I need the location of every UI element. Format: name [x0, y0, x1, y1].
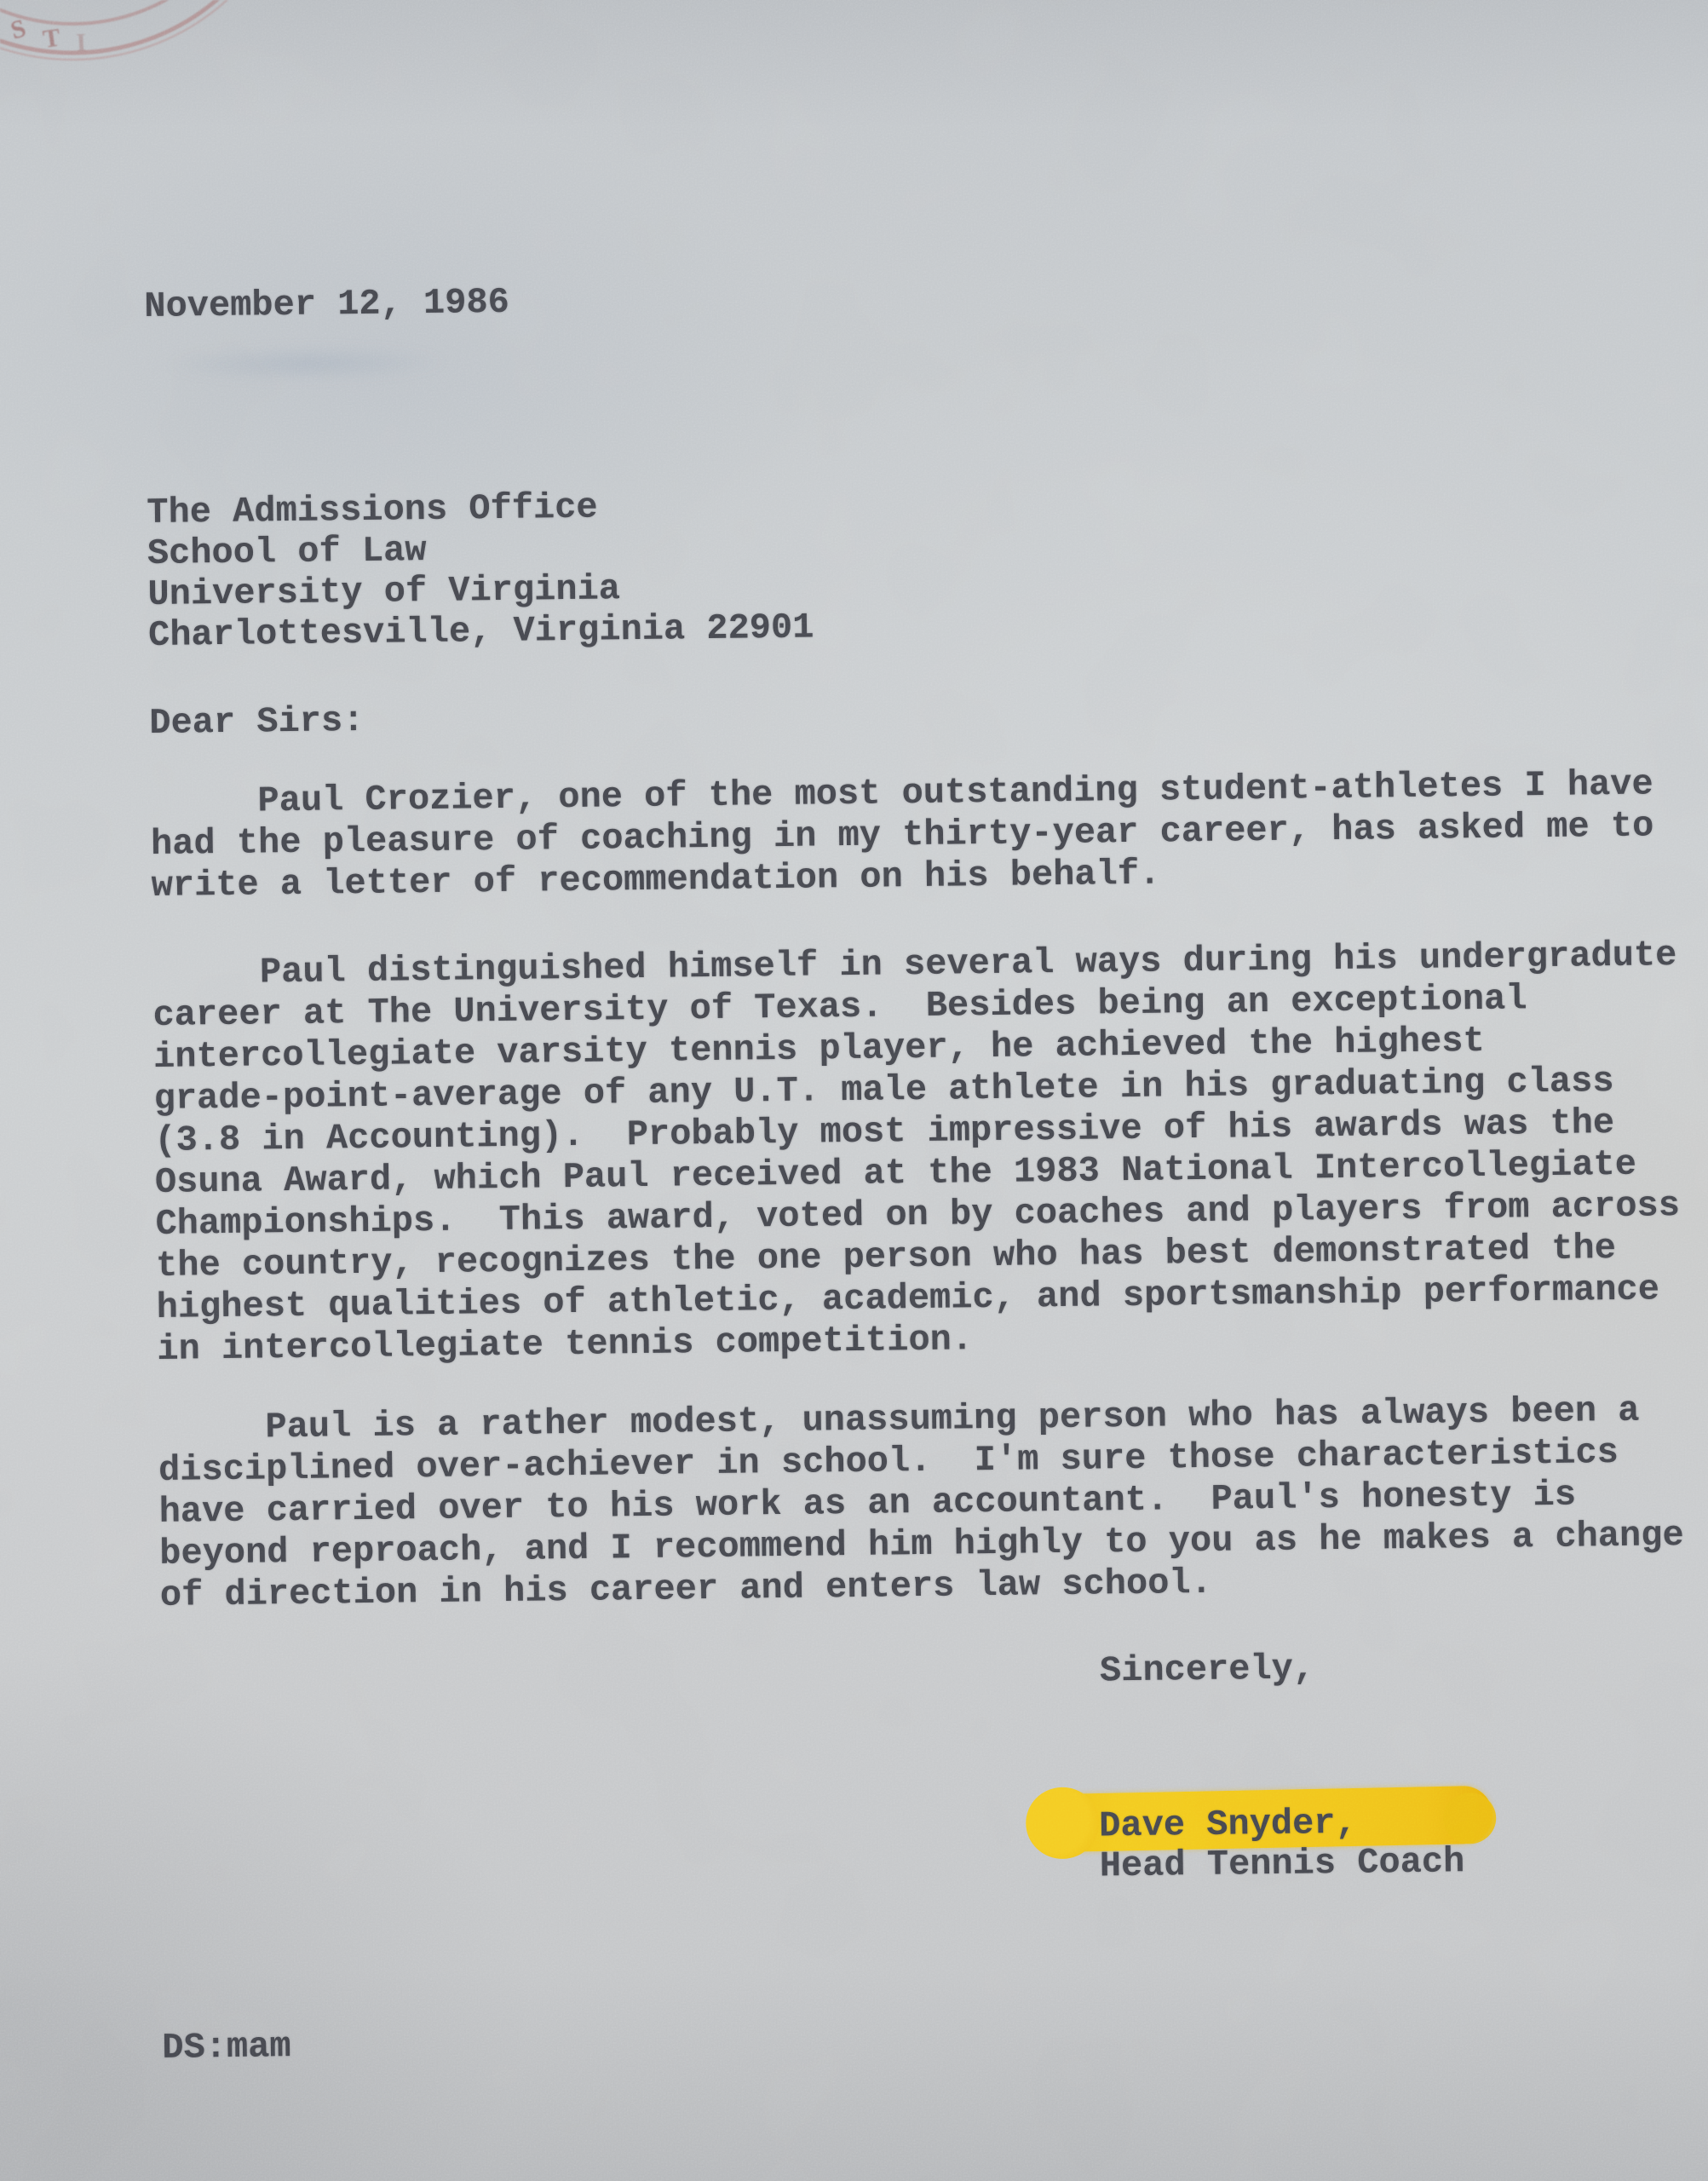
- paragraph-3: Paul is a rather modest, unassuming pers…: [158, 1390, 1684, 1617]
- letter-photo: S T I November 12, 1986 The Admissions O…: [0, 0, 1708, 2181]
- closing: Sincerely,: [1100, 1648, 1315, 1692]
- signature-name: Dave Snyder,: [1099, 1803, 1357, 1848]
- notary-seal-stamp: S T I: [0, 0, 256, 111]
- signature-title: Head Tennis Coach: [1100, 1841, 1465, 1887]
- recipient-address: The Admissions OfficeSchool of LawUniver…: [147, 484, 814, 656]
- typist-initials: DS:mam: [162, 2026, 291, 2069]
- letter-body: November 12, 1986 The Admissions OfficeS…: [0, 0, 1708, 2181]
- seal-letter: T: [41, 23, 61, 53]
- paragraph-2: Paul distinguished himself in several wa…: [152, 935, 1682, 1371]
- erased-text-smudge: [123, 339, 490, 388]
- letter-date: November 12, 1986: [144, 282, 509, 328]
- letter-line: Charlottesville, Virginia 22901: [148, 607, 814, 656]
- salutation: Dear Sirs:: [149, 700, 365, 745]
- paragraph-1: Paul Crozier, one of the most outstandin…: [150, 763, 1654, 907]
- seal-letter: I: [76, 28, 87, 57]
